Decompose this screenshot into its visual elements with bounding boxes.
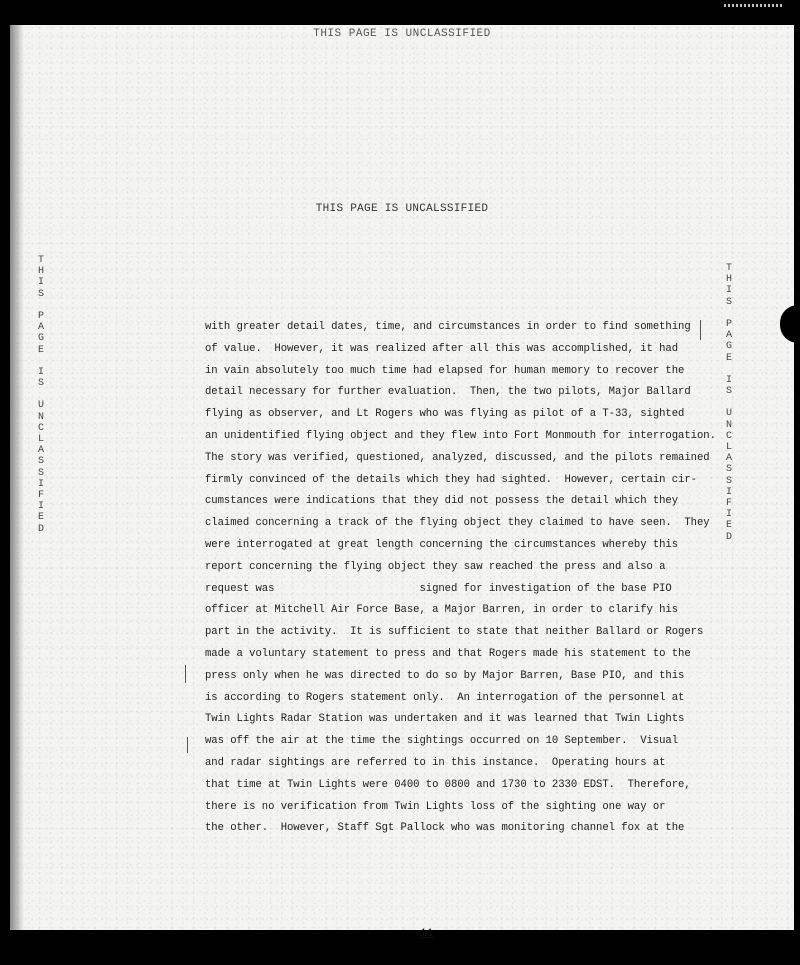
text-line: cumstances were indications that they di… (205, 491, 685, 513)
stamp-letter: A (38, 322, 44, 333)
stamp-letter: S (726, 386, 732, 397)
text-line: claimed concerning a track of the flying… (205, 513, 685, 535)
text-line: The story was verified, questioned, anal… (205, 448, 685, 470)
stamp-letter: E (726, 520, 732, 531)
right-classification-stamp: THISPAGEISUNCLASSIFIED (726, 263, 732, 543)
stamp-letter: I (726, 375, 732, 386)
margin-mark (185, 665, 186, 683)
text-line: of value. However, it was realized after… (205, 339, 685, 361)
stamp-letter: C (38, 423, 44, 434)
stamp-letter: I (726, 509, 732, 520)
text-line: Twin Lights Radar Station was undertaken… (205, 709, 685, 731)
stamp-letter: I (38, 479, 44, 490)
text-line: made a voluntary statement to press and … (205, 644, 685, 666)
text-line: firmly convinced of the details which th… (205, 470, 685, 492)
scanner-edge-marks (724, 4, 782, 7)
stamp-letter: D (38, 524, 44, 535)
stamp-letter: E (38, 345, 44, 356)
stamp-letter: H (726, 274, 732, 285)
stamp-letter: F (38, 490, 44, 501)
stamp-letter: G (38, 333, 44, 344)
text-line: in vain absolutely too much time had ela… (205, 361, 685, 383)
text-line: part in the activity. It is sufficient t… (205, 622, 685, 644)
body-text: with greater detail dates, time, and cir… (205, 317, 685, 840)
stamp-letter: S (38, 456, 44, 467)
text-line: flying as observer, and Lt Rogers who wa… (205, 404, 685, 426)
stamp-letter: C (726, 431, 732, 442)
stamp-letter: T (38, 255, 44, 266)
text-line: the other. However, Staff Sgt Pallock wh… (205, 818, 685, 840)
margin-mark (187, 737, 188, 753)
stamp-letter: S (726, 464, 732, 475)
stamp-letter: I (726, 285, 732, 296)
text-line: detail necessary for further evaluation.… (205, 382, 685, 404)
page-number: 11 (420, 928, 433, 940)
stamp-letter: N (38, 412, 44, 423)
punch-hole (780, 305, 800, 343)
stamp-letter: D (726, 532, 732, 543)
stamp-letter: S (38, 468, 44, 479)
classification-header: THIS PAGE IS UNCALSSIFIED (10, 203, 794, 215)
stamp-letter: A (38, 445, 44, 456)
stamp-letter: I (38, 367, 44, 378)
stamp-letter: E (726, 353, 732, 364)
stamp-letter: S (726, 476, 732, 487)
document-page: THIS PAGE IS UNCLASSIFIED THIS PAGE IS U… (10, 25, 794, 930)
stamp-letter: I (726, 487, 732, 498)
stamp-letter: N (726, 420, 732, 431)
scanned-document: THIS PAGE IS UNCLASSIFIED THIS PAGE IS U… (0, 0, 800, 965)
stamp-letter: H (38, 266, 44, 277)
stamp-letter: S (38, 378, 44, 389)
stamp-letter: G (726, 341, 732, 352)
stamp-letter: A (726, 330, 732, 341)
stamp-letter: S (726, 297, 732, 308)
stamp-letter: A (726, 453, 732, 464)
left-classification-stamp: THISPAGEISUNCLASSIFIED (38, 255, 44, 535)
stamp-letter: E (38, 512, 44, 523)
stamp-letter: F (726, 498, 732, 509)
text-line: an unidentified flying object and they f… (205, 426, 685, 448)
stamp-letter: S (38, 289, 44, 300)
text-line: and radar sightings are referred to in t… (205, 753, 685, 775)
stamp-letter: L (38, 434, 44, 445)
text-line: press only when he was directed to do so… (205, 666, 685, 688)
text-line: were interrogated at great length concer… (205, 535, 685, 557)
stamp-letter: I (38, 501, 44, 512)
stamp-letter: P (726, 319, 732, 330)
stamp-letter: U (38, 400, 44, 411)
margin-mark (700, 320, 701, 340)
text-line: officer at Mitchell Air Force Base, a Ma… (205, 600, 685, 622)
text-line: with greater detail dates, time, and cir… (205, 317, 685, 339)
text-line: was off the air at the time the sighting… (205, 731, 685, 753)
text-line: request was signed for investigation of … (205, 579, 685, 601)
top-classification-stamp: THIS PAGE IS UNCLASSIFIED (10, 28, 794, 40)
text-line: is according to Rogers statement only. A… (205, 688, 685, 710)
stamp-letter: T (726, 263, 732, 274)
stamp-letter: U (726, 408, 732, 419)
text-line: that time at Twin Lights were 0400 to 08… (205, 775, 685, 797)
stamp-letter: L (726, 442, 732, 453)
text-line: report concerning the flying object they… (205, 557, 685, 579)
stamp-letter: P (38, 311, 44, 322)
text-line: there is no verification from Twin Light… (205, 797, 685, 819)
stamp-letter: I (38, 277, 44, 288)
